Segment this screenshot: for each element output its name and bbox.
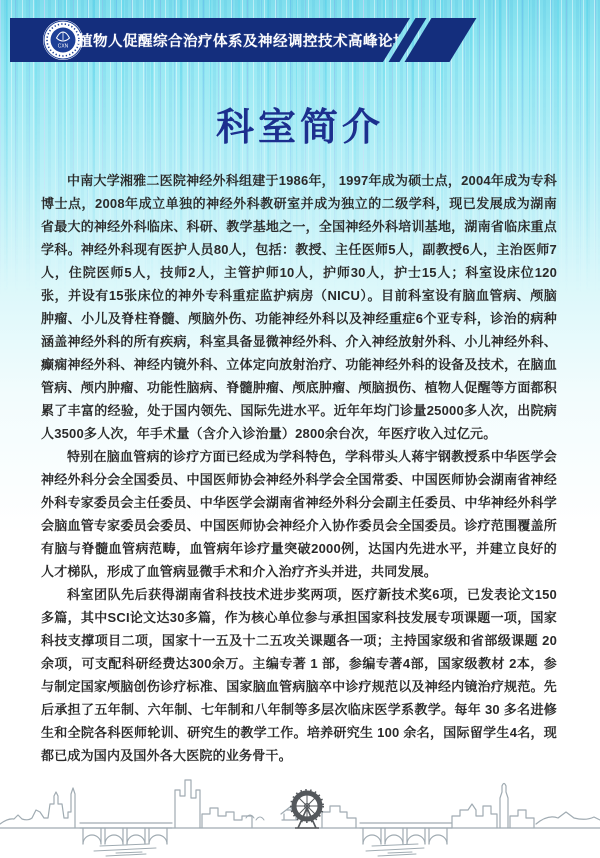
logo-text: CXN: [58, 44, 69, 50]
forum-banner: CXN 植物人促醒综合治疗体系及神经调控技术高峰论坛: [10, 18, 410, 62]
paragraph-research-teaching: 科室团队先后获得湖南省科技技术进步奖两项，医疗新技术奖6项，已发表论文150多篇…: [41, 583, 557, 767]
city-skyline-art: [0, 766, 600, 858]
paragraph-history-overview: 中南大学湘雅二医院神经外科组建于1986年， 1997年成为硕士点，2004年成…: [41, 169, 557, 445]
paragraph-cerebrovascular-specialty: 特别在脑血管病的诊疗方面已经成为学科特色，学科带头人蒋宇钢教授系中华医学会神经外…: [41, 445, 557, 583]
ferris-wheel-icon: [291, 790, 323, 828]
poster-page: CXN 植物人促醒综合治疗体系及神经调控技术高峰论坛 科室简介 中南大学湘雅二医…: [0, 0, 600, 858]
page-title: 科室简介: [0, 96, 600, 151]
forum-title: 植物人促醒综合治疗体系及神经调控技术高峰论坛: [78, 18, 408, 62]
department-introduction: 中南大学湘雅二医院神经外科组建于1986年， 1997年成为硕士点，2004年成…: [41, 169, 557, 767]
